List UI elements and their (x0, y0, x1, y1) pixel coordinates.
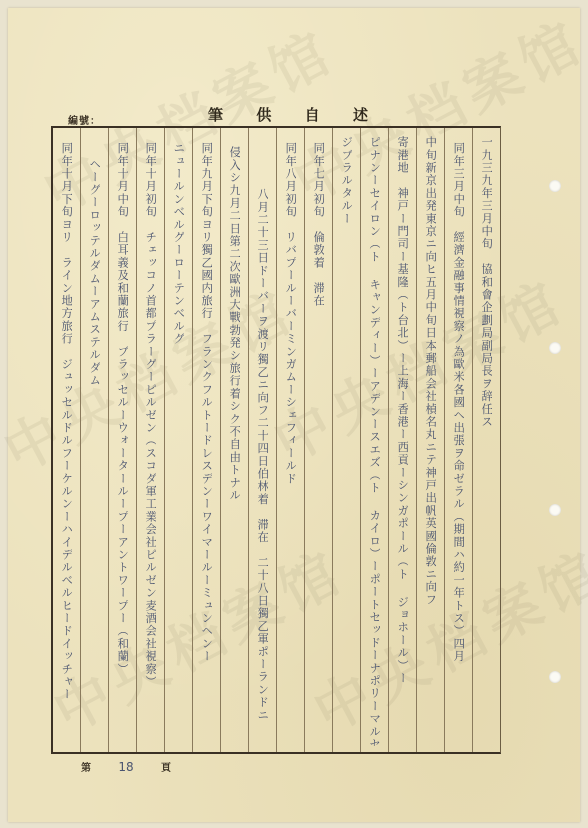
page-footer: 第 18 頁 (81, 759, 171, 774)
handwritten-line: 寄港地 神戸ー門司ー基隆（ト台北）ー上海ー香港ー西貢ーシンガポール（ト ジョホー… (397, 128, 409, 746)
text-column: ピナンーセイロン（ト キャンディー）ーアデンースエズ（ト カイロ）ーポートセッド… (360, 128, 388, 752)
text-column: 八月二十三日ドーバーヲ渡リ獨乙ニ向フ二十四日伯林着 滞在 二十八日獨乙軍ポーラン… (248, 128, 276, 752)
text-column: ニュールンベルグーローテンベルグ (164, 128, 192, 752)
page-prefix: 第 (81, 759, 91, 774)
page-suffix: 頁 (161, 759, 171, 774)
title-char: 供 (256, 104, 271, 125)
document-number-label: 編號： (68, 112, 101, 127)
text-column: 同年十月中旬 白耳義及和蘭旅行 ブラッセルーウォーターループーアントワープー（和… (108, 128, 136, 752)
text-column: 同年十月下旬ヨリ ライン地方旅行 ジュッセルドルフーケルンーハイデルベルヒードイ… (53, 128, 80, 752)
handwritten-line: 中旬新京出発東京ニ向ヒ五月中旬日本郵船会社楨名丸ニテ神戸出帆英國倫敦ニ向フ (425, 128, 437, 746)
ruled-writing-grid: 一九三九年三月中旬 協和會企劃局副局長ヲ辞任ス 同年三月中旬 經濟金融事情視察ノ… (51, 126, 501, 754)
handwritten-line: 一九三九年三月中旬 協和會企劃局副局長ヲ辞任ス (481, 128, 493, 746)
text-column: 一九三九年三月中旬 協和會企劃局副局長ヲ辞任ス (472, 128, 500, 752)
handwritten-line: 同年十月中旬 白耳義及和蘭旅行 ブラッセルーウォーターループーアントワープー（和… (117, 128, 129, 752)
page-number: 18 (118, 760, 133, 774)
punch-hole (549, 504, 561, 516)
title-char: 述 (353, 104, 368, 125)
title-char: 自 (305, 104, 320, 125)
handwritten-line: 同年十月下旬ヨリ ライン地方旅行 ジュッセルドルフーケルンーハイデルベルヒードイ… (61, 128, 73, 752)
text-column: 中旬新京出発東京ニ向ヒ五月中旬日本郵船会社楨名丸ニテ神戸出帆英國倫敦ニ向フ (416, 128, 444, 752)
handwritten-line: ジブラルタルー (341, 128, 353, 746)
punch-hole (549, 180, 561, 192)
punch-hole (549, 342, 561, 354)
text-column: 同年八月初旬 リバプールーバーミンガムーシェフィールド (276, 128, 304, 752)
handwritten-line: 同年十月初旬 チェッコノ首都プラーグーピルゼン（スコダ軍工業会社ピルゼン麦酒会社… (145, 128, 157, 752)
handwritten-line: 八月二十三日ドーバーヲ渡リ獨乙ニ向フ二十四日伯林着 滞在 二十八日獨乙軍ポーラン… (257, 128, 269, 798)
text-column: 同年九月下旬ヨリ獨乙國内旅行 フランクフルトードレスデンーワイマールーミュンヘン… (192, 128, 220, 752)
text-column: 同年七月初旬 倫敦着 滞在 (304, 128, 332, 752)
handwritten-line: 同年七月初旬 倫敦着 滞在 (313, 128, 325, 752)
text-column: ジブラルタルー (332, 128, 360, 752)
text-column: 同年三月中旬 經濟金融事情視察ノ為歐米各國ヘ出張ヲ命ゼラル（期間ハ約一年トス）四… (444, 128, 472, 752)
text-column: ヘーグーロッテルダムーアムステルダム (80, 128, 108, 752)
text-column: 同年十月初旬 チェッコノ首都プラーグーピルゼン（スコダ軍工業会社ピルゼン麦酒会社… (136, 128, 164, 752)
handwritten-line: ニュールンベルグーローテンベルグ (173, 128, 185, 752)
title-char: 筆 (208, 104, 223, 125)
text-column: 寄港地 神戸ー門司ー基隆（ト台北）ー上海ー香港ー西貢ーシンガポール（ト ジョホー… (388, 128, 416, 752)
text-column: 侵入シ九月二日第二次歐洲大戰勃発シ旅行着シク不自由トナル (220, 128, 248, 752)
handwritten-line: 同年三月中旬 經濟金融事情視察ノ為歐米各國ヘ出張ヲ命ゼラル（期間ハ約一年トス）四… (453, 128, 465, 752)
punch-hole (549, 671, 561, 683)
document-page: 中央档案馆 中央档案馆 中央档案馆 中央档案馆 中央档案馆 中央档案馆 編號： … (8, 8, 580, 822)
handwritten-line: 同年九月下旬ヨリ獨乙國内旅行 フランクフルトードレスデンーワイマールーミュンヘン… (201, 128, 213, 752)
handwritten-line: ピナンーセイロン（ト キャンディー）ーアデンースエズ（ト カイロ）ーポートセッド… (369, 128, 381, 746)
document-title: 筆 供 自 述 (208, 104, 368, 125)
handwritten-line: 侵入シ九月二日第二次歐洲大戰勃発シ旅行着シク不自由トナル (229, 128, 241, 756)
handwritten-line: ヘーグーロッテルダムーアムステルダム (89, 128, 101, 768)
handwritten-line: 同年八月初旬 リバプールーバーミンガムーシェフィールド (285, 128, 297, 752)
